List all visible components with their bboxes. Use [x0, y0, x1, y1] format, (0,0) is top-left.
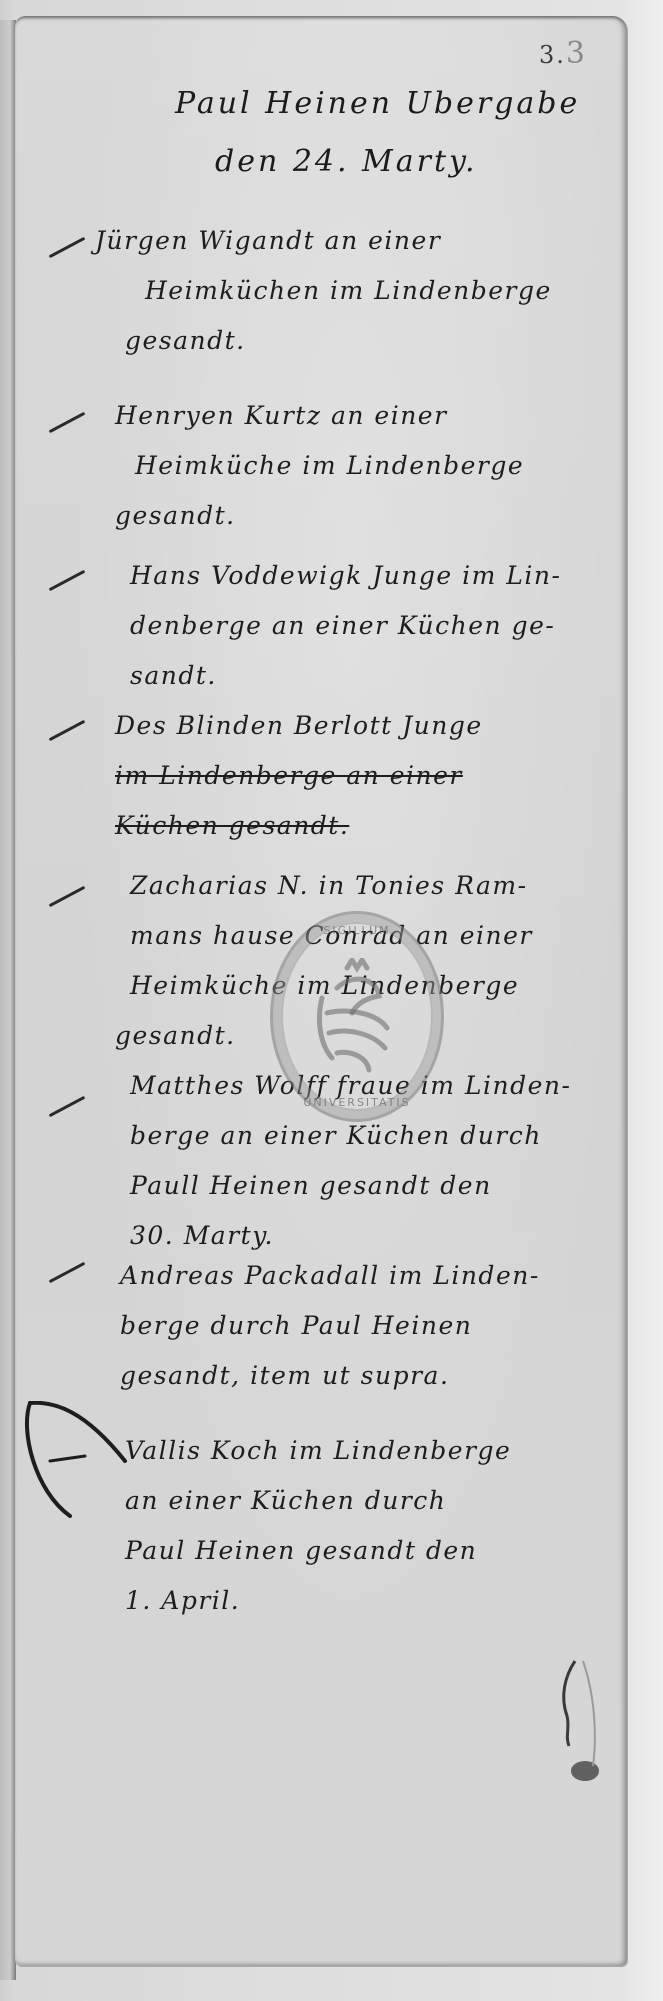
entry-line: 1. April. [125, 1576, 625, 1626]
entry-line: Henryen Kurtz an einer [115, 391, 615, 441]
entry-line: Andreas Packadall im Linden- [120, 1251, 620, 1301]
entry-line: Vallis Koch im Lindenberge [125, 1426, 625, 1476]
entry-line: gesandt, item ut supra. [120, 1351, 620, 1401]
entry-line: berge an einer Küchen durch [130, 1111, 630, 1161]
tick-mark [49, 237, 86, 258]
entry-line: Küchen gesandt. [115, 801, 615, 851]
lion-emblem-icon [307, 958, 407, 1076]
entry-line: im Lindenberge an einer [115, 751, 615, 801]
entry-line: berge durch Paul Heinen [120, 1301, 620, 1351]
library-stamp: SIGILLUM UNIVERSITATIS [270, 911, 444, 1122]
entry-line: gesandt. [95, 316, 595, 366]
tick-mark [49, 1096, 86, 1117]
stamp-top-text: SIGILLUM [273, 924, 441, 937]
entry-line: Zacharias N. in Tonies Ram- [130, 861, 630, 911]
tick-mark [49, 1262, 86, 1283]
entry-line: Paul Heinen gesandt den [125, 1526, 625, 1576]
tick-mark [49, 570, 86, 591]
entry-line: Heimküche im Lindenberge [115, 441, 615, 491]
previous-page-edge [0, 20, 16, 1980]
entry-line: an einer Küchen durch [125, 1476, 625, 1526]
ink-blot-icon [555, 1656, 599, 1796]
page-number: 3.3 [539, 36, 587, 71]
entry-line: Hans Voddewigk Junge im Lin- [130, 551, 630, 601]
entry-line: gesandt. [115, 491, 615, 541]
entry-line: Des Blinden Berlott Junge [115, 701, 615, 751]
heading-line-1: Paul Heinen Ubergabe [175, 86, 580, 121]
entry-line: denberge an einer Küchen ge- [130, 601, 630, 651]
tick-mark [49, 720, 86, 741]
entry-line: Heimküchen im Lindenberge [95, 266, 595, 316]
entry-line: sandt. [130, 651, 630, 701]
entry-line: Paull Heinen gesandt den [130, 1161, 630, 1211]
manuscript-page: 3.3 Paul Heinen Ubergabe den 24. Marty. … [15, 16, 627, 1966]
tick-mark [49, 412, 86, 433]
heading-line-2: den 24. Marty. [215, 144, 478, 179]
page-number-ink: 3. [539, 41, 566, 69]
entry-line: Jürgen Wigandt an einer [95, 216, 595, 266]
tick-mark [49, 886, 86, 907]
page-number-pencil: 3 [566, 36, 587, 71]
stamp-bottom-text: UNIVERSITATIS [273, 1096, 441, 1109]
